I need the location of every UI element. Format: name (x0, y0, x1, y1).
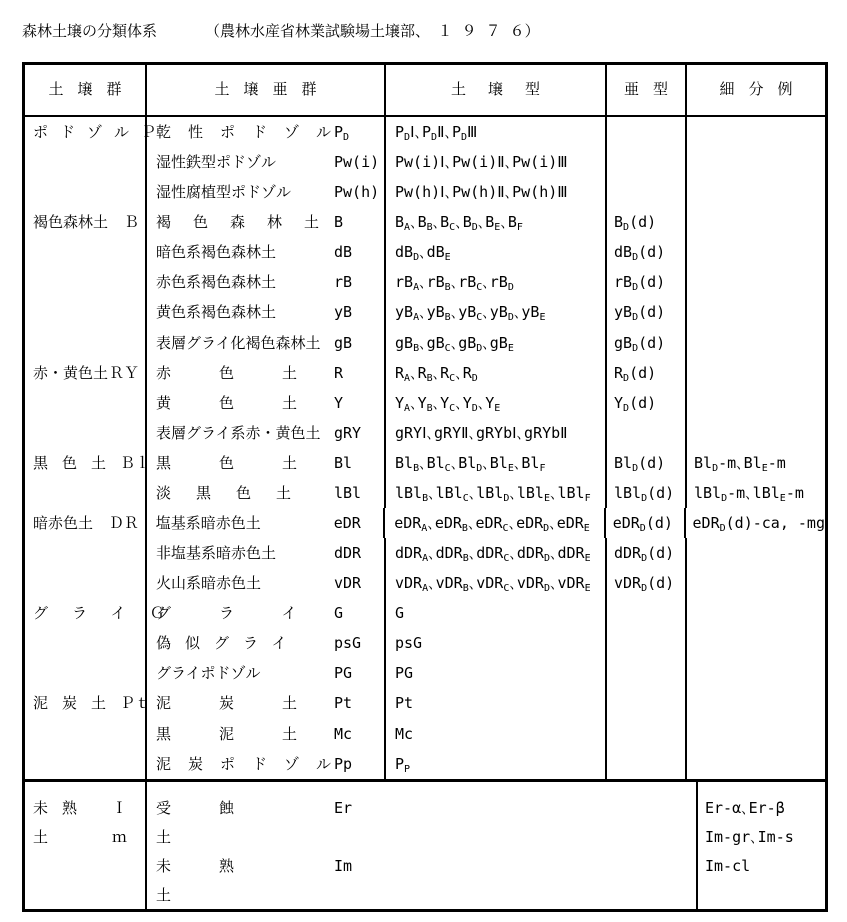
bottom-section: 未熟土Ｉｍ 受蝕土Er 未熟土Im Er-α､Er-β Im-gr､Im-s I… (25, 779, 825, 910)
group-code: ＲＹ (109, 358, 139, 388)
subgroup-cell: 表層グライ化褐色森林土gB (147, 328, 386, 358)
subdivision-cell (687, 568, 825, 598)
subgroup-label: 偽似グライ (156, 628, 334, 658)
soil-type-cell: gBB､gBC､gBD､gBE (386, 328, 607, 358)
subtype-cell (607, 658, 687, 688)
subgroup-cell: 黄色土Y (147, 388, 386, 418)
soil-type-cell: eDRA､eDRB､eDRC､eDRD､eDRE (385, 508, 606, 538)
group-label: 褐色森林土 (33, 207, 108, 237)
soil-type-cell: PP (386, 749, 607, 779)
soil-type-cell: psG (386, 628, 607, 658)
subdivision-cell (687, 688, 825, 718)
subgroup-code: PD (334, 117, 349, 147)
subgroup-label: 泥炭ポドゾル (156, 749, 334, 779)
subdivision-cell (687, 538, 825, 568)
subgroup-cell: 表層グライ系赤・黄色土gRY (147, 418, 386, 448)
subgroup-cell: 偽似グライpsG (147, 628, 386, 658)
soil-type-cell: dDRA､dDRB､dDRC､dDRD､dDRE (386, 538, 607, 568)
group-cell (25, 237, 147, 267)
table-row: 表層グライ系赤・黄色土gRY gRYⅠ､gRYⅡ､gRYbⅠ､gRYbⅡ (25, 418, 825, 448)
soil-type-cell: Pw(h)Ⅰ､Pw(h)Ⅱ､Pw(h)Ⅲ (386, 177, 607, 207)
subgroup-label: 黒泥土 (156, 719, 334, 749)
group-code: Ｐｔ (120, 688, 150, 718)
subgroup-cell: 乾性ポドゾルPD (147, 117, 386, 147)
table-row: 黄色土Y YA､YB､YC､YD､YE YD(d) (25, 388, 825, 418)
subgroup-cell: 火山系暗赤色土vDR (147, 568, 386, 598)
group-cell: 赤・黄色土ＲＹ (25, 358, 147, 388)
soil-type-cell: RA､RB､RC､RD (386, 358, 607, 388)
subgroup-code: Pp (334, 749, 352, 779)
table-row: 湿性腐植型ポドゾルPw(h) Pw(h)Ⅰ､Pw(h)Ⅱ､Pw(h)Ⅲ (25, 177, 825, 207)
group-cell (25, 418, 147, 448)
group-cell (25, 388, 147, 418)
subdivision-cell (687, 418, 825, 448)
subgroup-cell: 黄色系褐色森林土yB (147, 297, 386, 327)
subgroup-code: vDR (334, 568, 361, 598)
subdivision-cell (687, 328, 825, 358)
subgroup-label: 湿性腐植型ポドゾル (156, 177, 334, 207)
subtype-cell (607, 598, 687, 628)
subtype-cell: lBlD(d) (607, 478, 687, 508)
soil-type-cell: G (386, 598, 607, 628)
soil-type-cell: Mc (386, 719, 607, 749)
subgroup-code: gRY (334, 418, 361, 448)
subgroup-label: 赤色系褐色森林土 (156, 267, 334, 297)
subgroup-label: 褐色森林土 (156, 207, 334, 237)
subdivision-item: Im-cl (705, 852, 825, 881)
group-cell (25, 568, 147, 598)
table-row: 未熟土Im (156, 852, 696, 910)
subtype-cell: rBD(d) (607, 267, 687, 297)
table-row: グライＧ グライG G (25, 598, 825, 628)
soil-type-cell: PG (386, 658, 607, 688)
table-row: 暗赤色土ＤＲ 塩基系暗赤色土eDR eDRA､eDRB､eDRC､eDRD､eD… (25, 508, 825, 538)
subdivision-cell (687, 117, 825, 147)
subgroup-label: 非塩基系暗赤色土 (156, 538, 334, 568)
subgroup-code: dDR (334, 538, 361, 568)
subgroup-label: 赤色土 (156, 358, 334, 388)
table-row: 黄色系褐色森林土yB yBA､yBB､yBC､yBD､yBE yBD(d) (25, 297, 825, 327)
table-row: 湿性鉄型ポドゾルPw(i) Pw(i)Ⅰ､Pw(i)Ⅱ､Pw(i)Ⅲ (25, 147, 825, 177)
soil-type-cell: Pw(i)Ⅰ､Pw(i)Ⅱ､Pw(i)Ⅲ (386, 147, 607, 177)
table-body: ポドゾルＰ 乾性ポドゾルPD PDⅠ､PDⅡ､PDⅢ 湿性鉄型ポドゾルPw(i)… (25, 117, 825, 779)
group-cell: 暗赤色土ＤＲ (25, 508, 147, 538)
header-cell-subgroup: 土壌亜群 (147, 65, 386, 115)
group-cell (25, 297, 147, 327)
soil-type-cell: gRYⅠ､gRYⅡ､gRYbⅠ､gRYbⅡ (386, 418, 607, 448)
header-cell-subdivision: 細分例 (687, 65, 825, 115)
table-row: グライポドゾルPG PG (25, 658, 825, 688)
subdivision-cell (687, 358, 825, 388)
group-label: グライ (33, 598, 150, 628)
group-cell (25, 658, 147, 688)
subgroup-label: 黄色系褐色森林土 (156, 297, 334, 327)
subgroup-code: Mc (334, 719, 352, 749)
header-cell-subtype: 亜型 (607, 65, 687, 115)
table-row: 淡黒色土lBl lBlB､lBlC､lBlD､lBlE､lBlF lBlD(d)… (25, 478, 825, 508)
soil-type-cell: yBA､yBB､yBC､yBD､yBE (386, 297, 607, 327)
header-cell-group: 土壌群 (25, 65, 147, 115)
subtype-cell (607, 177, 687, 207)
subgroup-code: Pt (334, 688, 352, 718)
subdivision-cell (687, 237, 825, 267)
group-cell: ポドゾルＰ (25, 117, 147, 147)
soil-type-cell: PDⅠ､PDⅡ､PDⅢ (386, 117, 607, 147)
table-row: 非塩基系暗赤色土dDR dDRA､dDRB､dDRC､dDRD､dDRE dDR… (25, 538, 825, 568)
subgroup-code: Bl (334, 448, 352, 478)
subdivision-cell (687, 147, 825, 177)
title-source: （農林水産省林業試験場土壌部、 １ ９ ７ ６） (205, 20, 540, 41)
group-cell (25, 538, 147, 568)
subgroup-cell: 塩基系暗赤色土eDR (147, 508, 385, 538)
soil-type-cell: lBlB､lBlC､lBlD､lBlE､lBlF (386, 478, 607, 508)
subgroup-code: lBl (334, 478, 361, 508)
subgroup-code: Y (334, 388, 343, 418)
group-cell (25, 478, 147, 508)
subgroup-label: 黄色土 (156, 388, 334, 418)
subtype-cell: gBD(d) (607, 328, 687, 358)
group-code: ＤＲ (109, 508, 139, 538)
subgroup-cell: 黒泥土Mc (147, 719, 386, 749)
soil-type-cell: BlB､BlC､BlD､BlE､BlF (386, 448, 607, 478)
subgroup-cell: 暗色系褐色森林土dB (147, 237, 386, 267)
subgroup-code: yB (334, 297, 352, 327)
subdivision-cell: BlD-m､BlE-m (687, 448, 825, 478)
subdivision-cell: eDRD(d)-ca, -mg (686, 508, 825, 538)
subgroup-cell: 湿性腐植型ポドゾルPw(h) (147, 177, 386, 207)
group-label: 黒色土 (33, 448, 120, 478)
subdivision-cell (687, 267, 825, 297)
subgroup-code: eDR (334, 508, 361, 538)
subgroup-code: dB (334, 237, 352, 267)
subgroup-label: 受蝕土 (156, 794, 334, 852)
subdivision-cell (687, 297, 825, 327)
subgroup-code: G (334, 598, 343, 628)
subgroup-code: Im (334, 852, 352, 910)
subgroup-code: Er (334, 794, 352, 852)
group-cell (25, 177, 147, 207)
subdivision-cell (687, 719, 825, 749)
subdivision-item: Im-gr､Im-s (705, 823, 825, 852)
subgroup-label: 未熟土 (156, 852, 334, 910)
group-cell (25, 749, 147, 779)
subtype-cell: yBD(d) (607, 297, 687, 327)
bottom-subdivision-cell: Er-α､Er-β Im-gr､Im-s Im-cl (696, 782, 825, 910)
soil-classification-table: 土壌群 土壌亜群 土壌型 亜型 細分例 ポドゾルＰ 乾性ポドゾルPD PDⅠ､P… (22, 62, 828, 912)
subgroup-cell: グライG (147, 598, 386, 628)
subgroup-cell: 泥炭ポドゾルPp (147, 749, 386, 779)
subtype-cell: BlD(d) (607, 448, 687, 478)
table-row: 赤・黄色土ＲＹ 赤色土R RA､RB､RC､RD RD(d) (25, 358, 825, 388)
page-title: 森林土壌の分類体系 (22, 20, 157, 41)
subgroup-label: 暗色系褐色森林土 (156, 237, 334, 267)
table-row: ポドゾルＰ 乾性ポドゾルPD PDⅠ､PDⅡ､PDⅢ (25, 117, 825, 147)
subgroup-label: グライ (156, 598, 334, 628)
table-row: 火山系暗赤色土vDR vDRA､vDRB､vDRC､vDRD､vDRE vDRD… (25, 568, 825, 598)
subgroup-cell: 非塩基系暗赤色土dDR (147, 538, 386, 568)
table-row: 赤色系褐色森林土rB rBA､rBB､rBC､rBD rBD(d) (25, 267, 825, 297)
group-cell (25, 628, 147, 658)
subgroup-label: グライポドゾル (156, 658, 334, 688)
subgroup-label: 表層グライ化褐色森林土 (156, 328, 334, 358)
subgroup-cell: 泥炭土Pt (147, 688, 386, 718)
group-cell (25, 147, 147, 177)
table-row: 偽似グライpsG psG (25, 628, 825, 658)
subgroup-label: 泥炭土 (156, 688, 334, 718)
table-row: 暗色系褐色森林土dB dBD､dBE dBD(d) (25, 237, 825, 267)
group-label: 泥炭土 (33, 688, 120, 718)
subgroup-code: Pw(i) (334, 147, 379, 177)
subtype-cell: BD(d) (607, 207, 687, 237)
group-label: ポドゾル (33, 117, 141, 147)
subtype-cell: RD(d) (607, 358, 687, 388)
subgroup-cell: 湿性鉄型ポドゾルPw(i) (147, 147, 386, 177)
subtype-cell (607, 628, 687, 658)
subgroup-label: 黒色土 (156, 448, 334, 478)
subtype-cell (607, 418, 687, 448)
group-cell: グライＧ (25, 598, 147, 628)
group-cell (25, 267, 147, 297)
subgroup-code: PG (334, 658, 352, 688)
header-cell-soil-type: 土壌型 (386, 65, 607, 115)
group-cell (25, 328, 147, 358)
subdivision-cell (687, 388, 825, 418)
soil-type-cell: vDRA､vDRB､vDRC､vDRD､vDRE (386, 568, 607, 598)
subgroup-code: gB (334, 328, 352, 358)
group-cell: 泥炭土Ｐｔ (25, 688, 147, 718)
soil-type-cell: Pt (386, 688, 607, 718)
subgroup-code: R (334, 358, 343, 388)
subgroup-cell: 赤色系褐色森林土rB (147, 267, 386, 297)
subtype-cell: vDRD(d) (607, 568, 687, 598)
subdivision-cell (687, 598, 825, 628)
subtype-cell (607, 749, 687, 779)
subgroup-label: 乾性ポドゾル (156, 117, 334, 147)
subgroup-cell: 黒色土Bl (147, 448, 386, 478)
subtype-cell: dDRD(d) (607, 538, 687, 568)
subtype-cell: dBD(d) (607, 237, 687, 267)
soil-type-cell: YA､YB､YC､YD､YE (386, 388, 607, 418)
subtype-cell (607, 688, 687, 718)
soil-type-cell: BA､BB､BC､BD､BE､BF (386, 207, 607, 237)
table-row: 泥炭ポドゾルPp PP (25, 749, 825, 779)
subgroup-label: 淡黒色土 (156, 478, 334, 508)
subdivision-cell: lBlD-m､lBlE-m (687, 478, 825, 508)
subtype-cell: eDRD(d) (606, 508, 686, 538)
subdivision-cell (687, 628, 825, 658)
subtype-cell (607, 719, 687, 749)
subdivision-cell (687, 749, 825, 779)
subdivision-item: Er-α､Er-β (705, 794, 825, 823)
subgroup-cell: グライポドゾルPG (147, 658, 386, 688)
subgroup-cell: 赤色土R (147, 358, 386, 388)
group-cell: 黒色土Ｂｌ (25, 448, 147, 478)
subdivision-cell (687, 177, 825, 207)
group-label: 暗赤色土 (33, 508, 93, 538)
subdivision-cell (687, 207, 825, 237)
subtype-cell (607, 147, 687, 177)
soil-type-cell: dBD､dBE (386, 237, 607, 267)
table-row: 泥炭土Ｐｔ 泥炭土Pt Pt (25, 688, 825, 718)
table-row: 黒泥土Mc Mc (25, 719, 825, 749)
page: { "title": { "main": "森林土壌の分類体系", "sourc… (0, 0, 847, 922)
table-row: 表層グライ化褐色森林土gB gBB､gBC､gBD､gBE gBD(d) (25, 328, 825, 358)
subgroup-code: Pw(h) (334, 177, 379, 207)
subgroup-label: 火山系暗赤色土 (156, 568, 334, 598)
group-code: Ｉｍ (112, 794, 139, 852)
subgroup-code: rB (334, 267, 352, 297)
subtype-cell: YD(d) (607, 388, 687, 418)
subgroup-code: psG (334, 628, 361, 658)
table-header: 土壌群 土壌亜群 土壌型 亜型 細分例 (25, 65, 825, 117)
group-label: 赤・黄色土 (33, 358, 108, 388)
subgroup-cell: 淡黒色土lBl (147, 478, 386, 508)
group-code: Ｂ (124, 207, 139, 237)
table-row: 黒色土Ｂｌ 黒色土Bl BlB､BlC､BlD､BlE､BlF BlD(d) B… (25, 448, 825, 478)
subtype-cell (607, 117, 687, 147)
subgroup-cell: 褐色森林土B (147, 207, 386, 237)
title-bar: 森林土壌の分類体系 （農林水産省林業試験場土壌部、 １ ９ ７ ６） (22, 20, 540, 41)
table-row: 受蝕土Er (156, 794, 696, 852)
group-cell (25, 719, 147, 749)
subgroup-label: 湿性鉄型ポドゾル (156, 147, 334, 177)
group-cell: 未熟土Ｉｍ (25, 782, 147, 910)
subgroup-label: 表層グライ系赤・黄色土 (156, 418, 334, 448)
subgroup-label: 塩基系暗赤色土 (156, 508, 334, 538)
soil-type-cell: rBA､rBB､rBC､rBD (386, 267, 607, 297)
subgroup-code: B (334, 207, 343, 237)
group-label: 未熟土 (33, 794, 112, 852)
group-cell: 褐色森林土Ｂ (25, 207, 147, 237)
bottom-subgroup-cell: 受蝕土Er 未熟土Im (147, 782, 696, 910)
table-row: 褐色森林土Ｂ 褐色森林土B BA､BB､BC､BD､BE､BF BD(d) (25, 207, 825, 237)
subdivision-cell (687, 658, 825, 688)
group-code: Ｂｌ (120, 448, 150, 478)
